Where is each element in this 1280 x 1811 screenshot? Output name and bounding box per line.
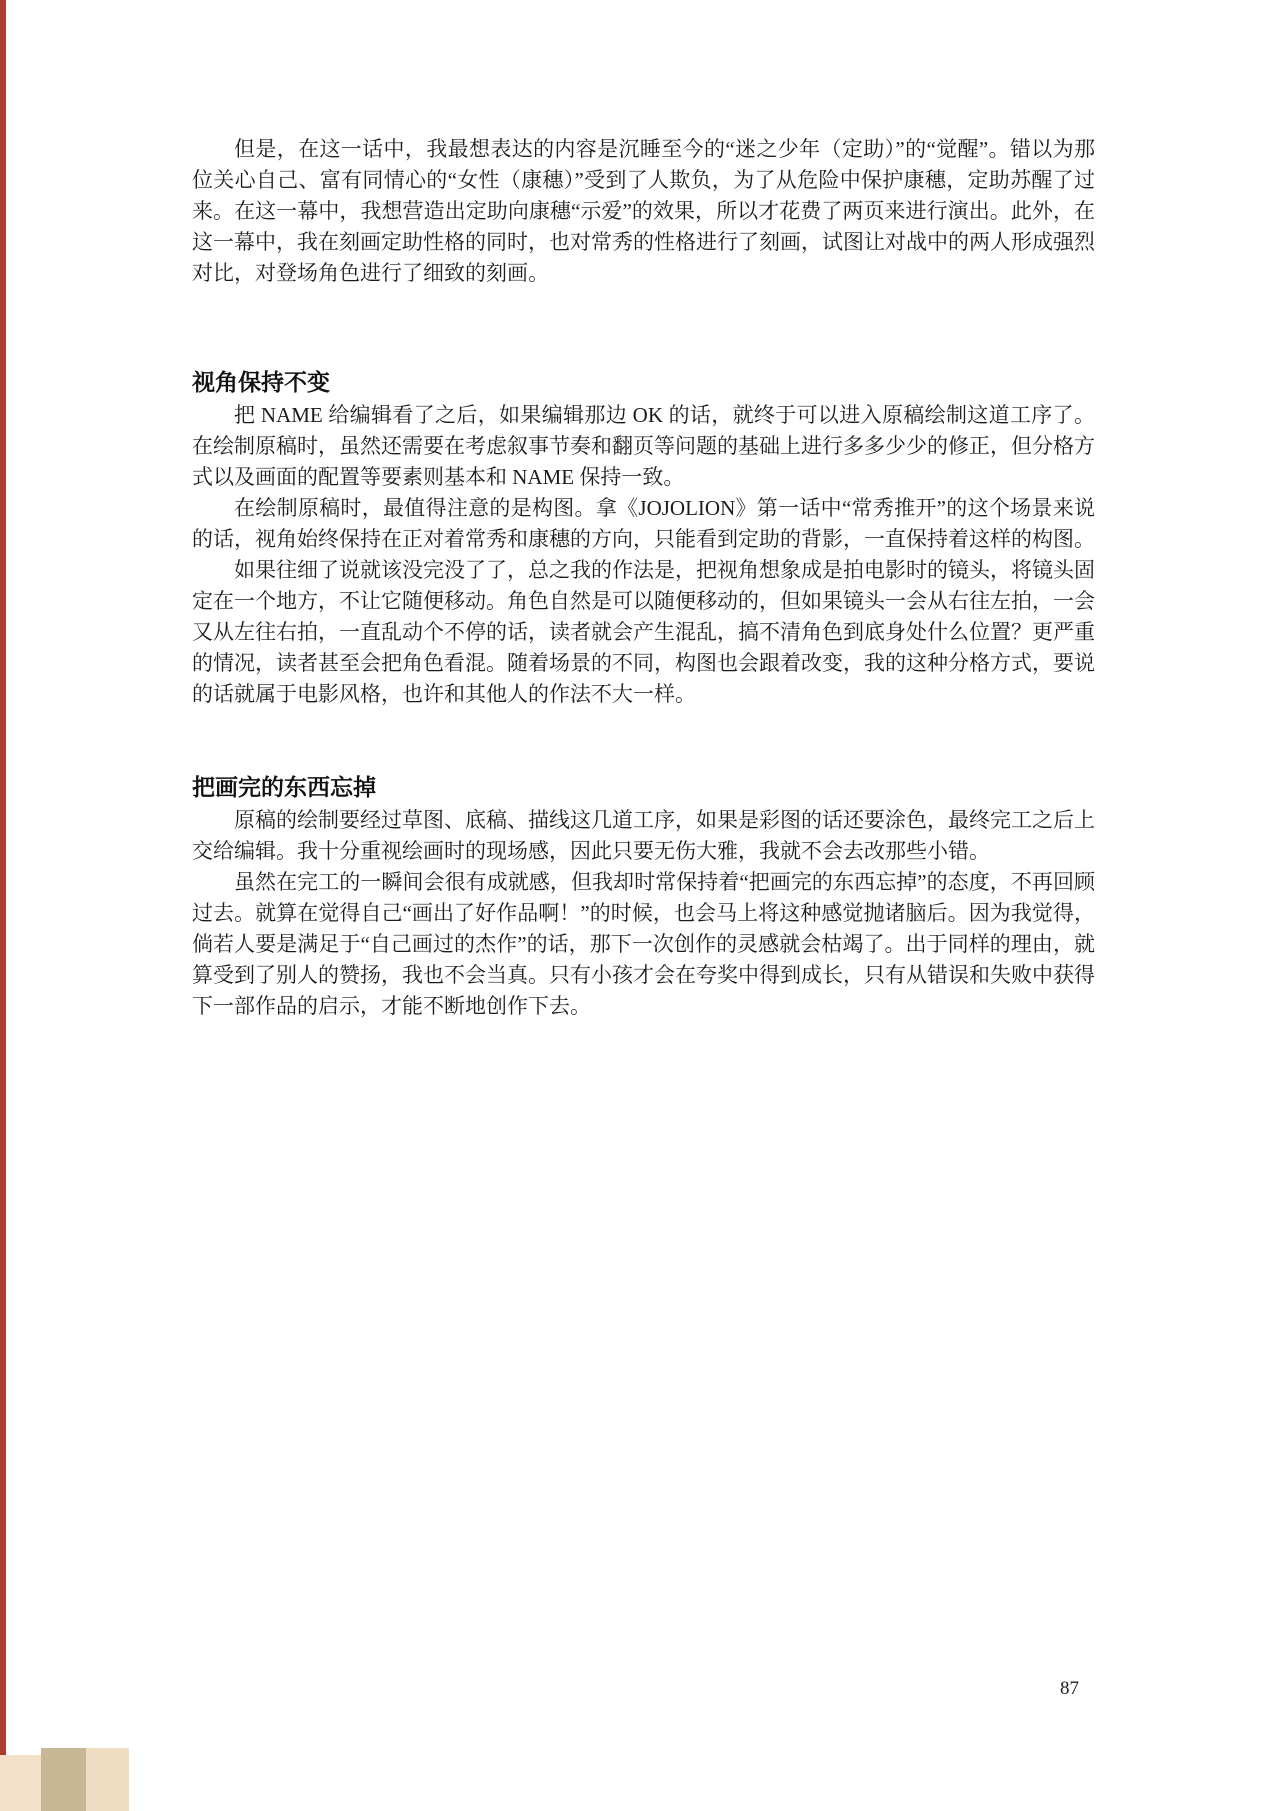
corner-strip-left	[0, 1755, 41, 1811]
section-heading-forget-finished-work: 把画完的东西忘掉	[192, 772, 1095, 803]
section-heading-viewpoint: 视角保持不变	[192, 367, 1095, 398]
content-column: 但是，在这一话中，我最想表达的内容是沉睡至今的“迷之少年（定助）”的“觉醒”。错…	[192, 134, 1095, 1022]
corner-decoration	[0, 1748, 130, 1811]
paragraph: 虽然在完工的一瞬间会很有成就感，但我却时常保持着“把画完的东西忘掉”的态度，不再…	[192, 867, 1095, 1022]
book-page: 但是，在这一话中，我最想表达的内容是沉睡至今的“迷之少年（定助）”的“觉醒”。错…	[0, 0, 1280, 1811]
corner-strip-right	[86, 1748, 129, 1811]
paragraph: 如果往细了说就该没完没了了，总之我的作法是，把视角想象成是拍电影时的镜头，将镜头…	[192, 555, 1095, 710]
page-number: 87	[1060, 1678, 1100, 1700]
paragraph: 原稿的绘制要经过草图、底稿、描线这几道工序，如果是彩图的话还要涂色，最终完工之后…	[192, 805, 1095, 867]
paragraph: 把 NAME 给编辑看了之后，如果编辑那边 OK 的话，就终于可以进入原稿绘制这…	[192, 400, 1095, 493]
paragraph: 在绘制原稿时，最值得注意的是构图。拿《JOJOLION》第一话中“常秀推开”的这…	[192, 493, 1095, 555]
page-spine-edge	[0, 0, 6, 1811]
corner-strip-middle	[41, 1748, 86, 1811]
intro-paragraph: 但是，在这一话中，我最想表达的内容是沉睡至今的“迷之少年（定助）”的“觉醒”。错…	[192, 134, 1095, 289]
